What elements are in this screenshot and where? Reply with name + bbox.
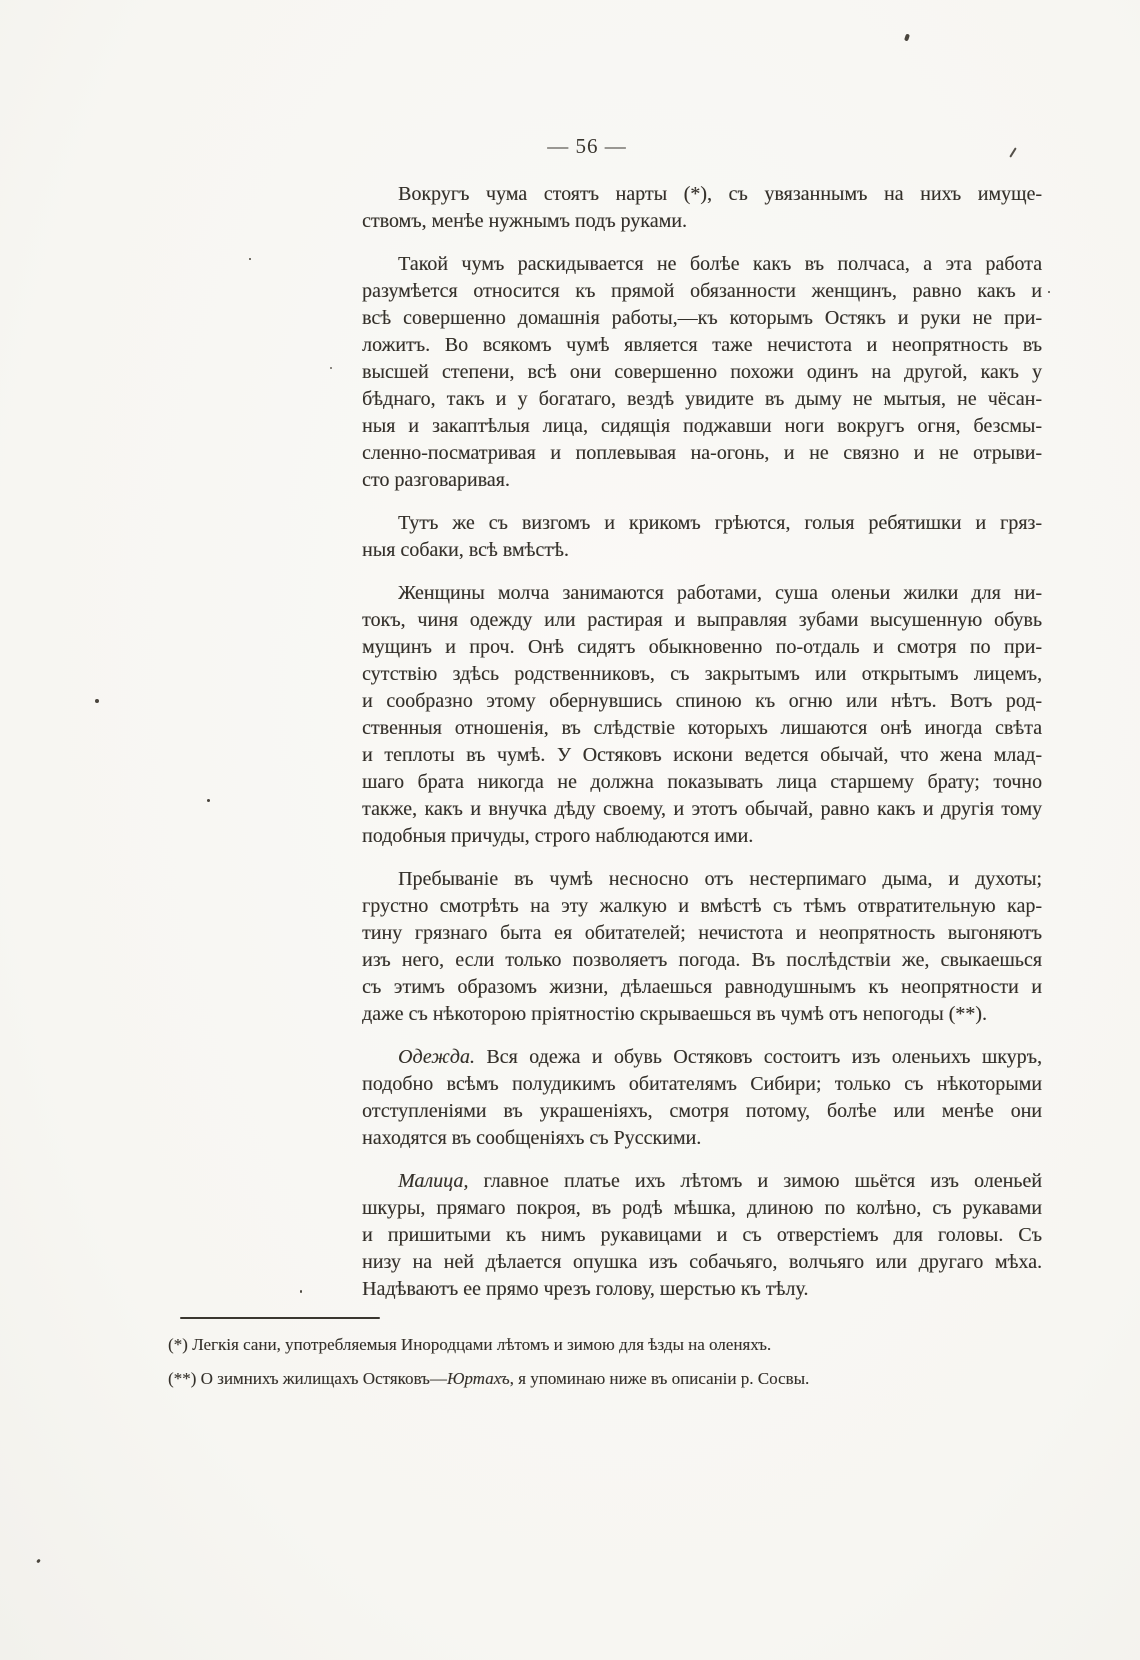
paragraph-4: Женщины молча занимаются работами, суша … bbox=[362, 580, 1042, 850]
text-line: Вокругъ чума стоятъ нарты (*), съ увязан… bbox=[362, 181, 1042, 208]
text-line: Тутъ же съ визгомъ и крикомъ грѣются, го… bbox=[362, 510, 1042, 537]
text-run: и сообразно этому обернувшись спиною къ … bbox=[362, 690, 1042, 712]
footnote-separator bbox=[180, 1317, 380, 1319]
italic-term: Одежда. bbox=[398, 1046, 475, 1068]
scan-speck bbox=[1048, 291, 1050, 293]
text-run: находятся въ сообщеніяхъ съ Русскими. bbox=[362, 1127, 701, 1149]
text-line: отступленіями въ украшеніяхъ, смотря пот… bbox=[362, 1098, 1042, 1125]
text-run: Такой чумъ раскидывается не болѣе какъ в… bbox=[398, 253, 1042, 275]
text-run: сто разговаривая. bbox=[362, 469, 510, 491]
text-run: мущинъ и проч. Онѣ сидятъ обыкновенно по… bbox=[362, 636, 1042, 658]
text-run: ственныя отношенія, въ слѣдствіе которых… bbox=[362, 717, 1042, 739]
text-line: и теплоты въ чумѣ. У Остяковъ искони вед… bbox=[362, 742, 1042, 769]
text-line: Надѣваютъ ее прямо чрезъ голову, шерстью… bbox=[362, 1276, 1042, 1303]
text-run: отступленіями въ украшеніяхъ, смотря пот… bbox=[362, 1100, 1042, 1122]
text-run: изъ него, если только позволяетъ погода.… bbox=[362, 949, 1042, 971]
text-run: Тутъ же съ визгомъ и крикомъ грѣются, го… bbox=[398, 512, 1042, 534]
text-line: Женщины молча занимаются работами, суша … bbox=[362, 580, 1042, 607]
footnotes: (*) Легкія сани, употребляемыя Инородцам… bbox=[168, 1332, 968, 1400]
text-line: шаго брата никогда не должна показывать … bbox=[362, 769, 1042, 796]
paragraph-1: Вокругъ чума стоятъ нарты (*), съ увязан… bbox=[362, 181, 1042, 235]
text-line: подобныя причуды, строго наблюдаются ими… bbox=[362, 823, 1042, 850]
italic-term: Юртахъ bbox=[447, 1369, 510, 1388]
text-run: сленно-посматривая и поплевывая на-огонь… bbox=[362, 442, 1042, 464]
text-run: высшей степени, всѣ они совершенно похож… bbox=[362, 361, 1042, 383]
text-run: токъ, чиня одежду или растирая и выправл… bbox=[362, 609, 1042, 631]
book-page: — 56 — Вокругъ чума стоятъ нарты (*), съ… bbox=[0, 0, 1140, 1660]
text-line: Пребываніе въ чумѣ несносно отъ нестерпи… bbox=[362, 866, 1042, 893]
text-line: и пришитыми къ нимъ рукавицами и съ отве… bbox=[362, 1222, 1042, 1249]
paragraph-3: Тутъ же съ визгомъ и крикомъ грѣются, го… bbox=[362, 510, 1042, 564]
paragraph-7: Малица, главное платье ихъ лѣтомъ и зимо… bbox=[362, 1168, 1042, 1303]
text-run: низу на ней дѣлается опушка изъ собачьяг… bbox=[362, 1251, 1042, 1273]
text-run: ныя и закаптѣлыя лица, сидящія поджавши … bbox=[362, 415, 1042, 437]
text-line: съ этимъ образомъ жизни, дѣлаешься равно… bbox=[362, 974, 1042, 1001]
text-run: подобно всѣмъ полудикимъ обитателямъ Сиб… bbox=[362, 1073, 1042, 1095]
footnote-1: (*) Легкія сани, употребляемыя Инородцам… bbox=[168, 1332, 968, 1357]
text-line: всѣ совершенно домашнія работы,—къ котор… bbox=[362, 305, 1042, 332]
text-run: Надѣваютъ ее прямо чрезъ голову, шерстью… bbox=[362, 1278, 808, 1300]
text-run: Женщины молча занимаются работами, суша … bbox=[398, 582, 1042, 604]
text-line: ныя собаки, всѣ вмѣстѣ. bbox=[362, 537, 1042, 564]
text-run: (**) О зимнихъ жилищахъ Остяковъ— bbox=[168, 1369, 447, 1388]
text-run: шкуры, прямаго покроя, въ родѣ мѣшка, дл… bbox=[362, 1197, 1042, 1219]
text-run: бѣднаго, такъ и у богатаго, вездѣ увидит… bbox=[362, 388, 1042, 410]
text-run: тину грязнаго быта ея обитателей; нечист… bbox=[362, 922, 1042, 944]
scan-speck bbox=[249, 258, 251, 260]
text-line: ложитъ. Во всякомъ чумѣ является таже не… bbox=[362, 332, 1042, 359]
text-run: грустно смотрѣть на эту жалкую и вмѣстѣ … bbox=[362, 895, 1042, 917]
text-run: шаго брата никогда не должна показывать … bbox=[362, 771, 1042, 793]
text-line: сто разговаривая. bbox=[362, 467, 1042, 494]
text-run: ложитъ. Во всякомъ чумѣ является таже не… bbox=[362, 334, 1042, 356]
text-line: находятся въ сообщеніяхъ съ Русскими. bbox=[362, 1125, 1042, 1152]
text-line: сутствію здѣсь родственниковъ, съ закрыт… bbox=[362, 661, 1042, 688]
text-run: съ этимъ образомъ жизни, дѣлаешься равно… bbox=[362, 976, 1042, 998]
text-line: ныя и закаптѣлыя лица, сидящія поджавши … bbox=[362, 413, 1042, 440]
footnote-2: (**) О зимнихъ жилищахъ Остяковъ—Юртахъ,… bbox=[168, 1366, 968, 1391]
text-run: и пришитыми къ нимъ рукавицами и съ отве… bbox=[362, 1224, 1042, 1246]
text-run: , я упоминаю ниже въ описаніи р. Сосвы. bbox=[510, 1369, 810, 1388]
paragraph-2: Такой чумъ раскидывается не болѣе какъ в… bbox=[362, 251, 1042, 494]
text-line: сленно-посматривая и поплевывая на-огонь… bbox=[362, 440, 1042, 467]
text-line: высшей степени, всѣ они совершенно похож… bbox=[362, 359, 1042, 386]
page-number: — 56 — bbox=[0, 134, 1140, 159]
text-line: ствомъ, менѣе нужнымъ подъ руками. bbox=[362, 208, 1042, 235]
text-line: подобно всѣмъ полудикимъ обитателямъ Сиб… bbox=[362, 1071, 1042, 1098]
italic-term: Малица, bbox=[398, 1170, 468, 1192]
scan-speck bbox=[207, 799, 210, 802]
text-line: также, какъ и внучка дѣду своему, и этот… bbox=[362, 796, 1042, 823]
text-run: (*) Легкія сани, употребляемыя Инородцам… bbox=[168, 1335, 771, 1354]
text-line: Такой чумъ раскидывается не болѣе какъ в… bbox=[362, 251, 1042, 278]
text-line: тину грязнаго быта ея обитателей; нечист… bbox=[362, 920, 1042, 947]
text-line: токъ, чиня одежду или растирая и выправл… bbox=[362, 607, 1042, 634]
text-line: изъ него, если только позволяетъ погода.… bbox=[362, 947, 1042, 974]
text-run: ствомъ, менѣе нужнымъ подъ руками. bbox=[362, 210, 687, 232]
text-line: низу на ней дѣлается опушка изъ собачьяг… bbox=[362, 1249, 1042, 1276]
text-line: шкуры, прямаго покроя, въ родѣ мѣшка, дл… bbox=[362, 1195, 1042, 1222]
text-run: разумѣется относится къ прямой обязаннос… bbox=[362, 280, 1042, 302]
text-run: подобныя причуды, строго наблюдаются ими… bbox=[362, 825, 753, 847]
text-run: даже съ нѣкоторою пріятностію скрываешьс… bbox=[362, 1003, 987, 1025]
text-run: ныя собаки, всѣ вмѣстѣ. bbox=[362, 539, 569, 561]
text-run: сутствію здѣсь родственниковъ, съ закрыт… bbox=[362, 663, 1042, 685]
main-text: Вокругъ чума стоятъ нарты (*), съ увязан… bbox=[362, 181, 1042, 1319]
text-line: грустно смотрѣть на эту жалкую и вмѣстѣ … bbox=[362, 893, 1042, 920]
text-run: главное платье ихъ лѣтомъ и зимою шьётся… bbox=[468, 1170, 1042, 1192]
paragraph-6: Одежда. Вся одежа и обувь Остяковъ состо… bbox=[362, 1044, 1042, 1152]
scan-speck bbox=[330, 367, 332, 369]
paragraph-5: Пребываніе въ чумѣ несносно отъ нестерпи… bbox=[362, 866, 1042, 1028]
scan-speck bbox=[95, 699, 99, 703]
text-line: бѣднаго, такъ и у богатаго, вездѣ увидит… bbox=[362, 386, 1042, 413]
text-run: Вокругъ чума стоятъ нарты (*), съ увязан… bbox=[398, 183, 1042, 205]
text-line: ственныя отношенія, въ слѣдствіе которых… bbox=[362, 715, 1042, 742]
text-line: разумѣется относится къ прямой обязаннос… bbox=[362, 278, 1042, 305]
scan-speck bbox=[300, 1290, 302, 1293]
text-run: всѣ совершенно домашнія работы,—къ котор… bbox=[362, 307, 1042, 329]
text-line: и сообразно этому обернувшись спиною къ … bbox=[362, 688, 1042, 715]
text-run: Пребываніе въ чумѣ несносно отъ нестерпи… bbox=[398, 868, 1042, 890]
text-line: мущинъ и проч. Онѣ сидятъ обыкновенно по… bbox=[362, 634, 1042, 661]
text-run: Вся одежа и обувь Остяковъ состоитъ изъ … bbox=[475, 1046, 1042, 1068]
text-line: Одежда. Вся одежа и обувь Остяковъ состо… bbox=[362, 1044, 1042, 1071]
text-line: даже съ нѣкоторою пріятностію скрываешьс… bbox=[362, 1001, 1042, 1028]
scan-speck bbox=[36, 1559, 41, 1564]
scan-speck bbox=[904, 34, 910, 42]
text-line: Малица, главное платье ихъ лѣтомъ и зимо… bbox=[362, 1168, 1042, 1195]
text-run: и теплоты въ чумѣ. У Остяковъ искони вед… bbox=[362, 744, 1042, 766]
text-run: также, какъ и внучка дѣду своему, и этот… bbox=[362, 798, 1042, 820]
